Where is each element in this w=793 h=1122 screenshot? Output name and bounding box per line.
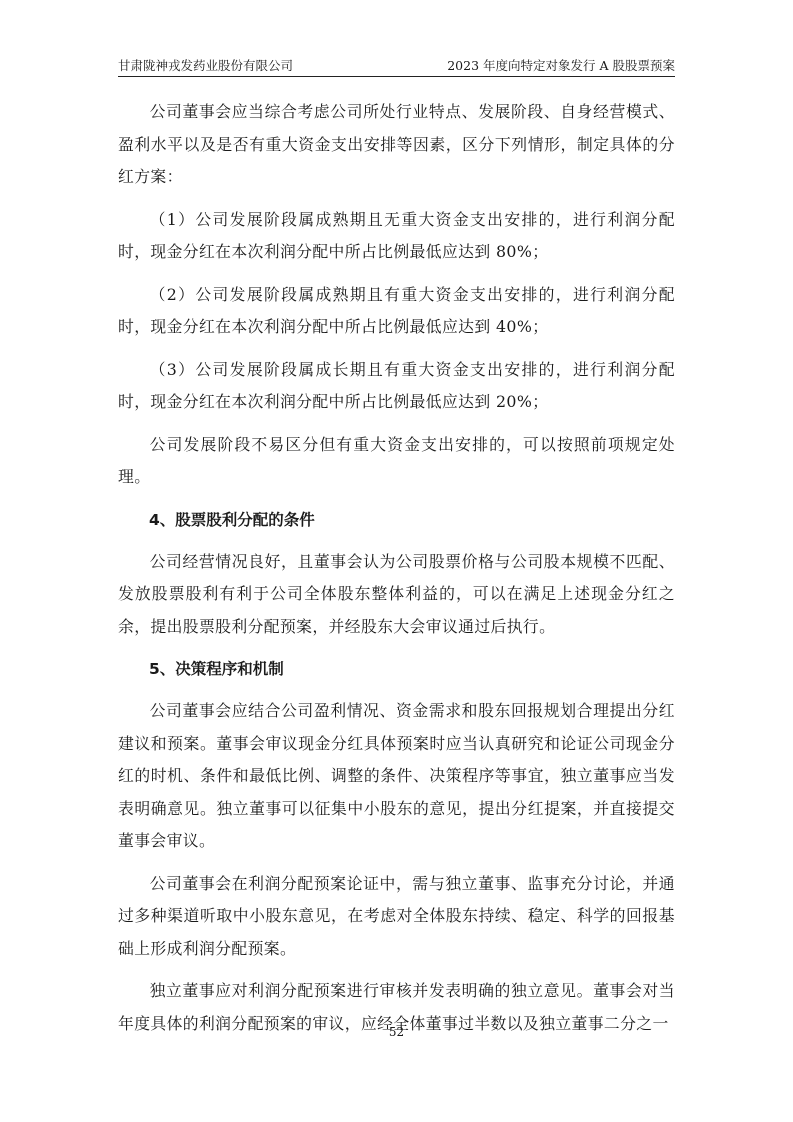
section-4-heading: 4、股票股利分配的条件 — [118, 504, 675, 536]
page-body: 公司董事会应当综合考虑公司所处行业特点、发展阶段、自身经营模式、盈利水平以及是否… — [118, 96, 675, 1050]
section-5-heading: 5、决策程序和机制 — [118, 653, 675, 685]
header-document-title: 2023 年度向特定对象发行 A 股股票预案 — [447, 58, 675, 74]
paragraph-case-3: （3）公司发展阶段属成长期且有重大资金支出安排的，进行利润分配时，现金分红在本次… — [118, 354, 675, 419]
section-4-paragraph: 公司经营情况良好，且董事会认为公司股票价格与公司股本规模不匹配、发放股票股利有利… — [118, 546, 675, 644]
section-5-paragraph-2: 公司董事会在利润分配预案论证中，需与独立董事、监事充分讨论，并通过多种渠道听取中… — [118, 868, 675, 966]
paragraph-case-unclear: 公司发展阶段不易区分但有重大资金支出安排的，可以按照前项规定处理。 — [118, 429, 675, 494]
page-number: 52 — [0, 1025, 793, 1039]
paragraph-case-2: （2）公司发展阶段属成熟期且有重大资金支出安排的，进行利润分配时，现金分红在本次… — [118, 279, 675, 344]
paragraph-dividend-intro: 公司董事会应当综合考虑公司所处行业特点、发展阶段、自身经营模式、盈利水平以及是否… — [118, 96, 675, 194]
paragraph-case-1: （1）公司发展阶段属成熟期且无重大资金支出安排的，进行利润分配时，现金分红在本次… — [118, 204, 675, 269]
section-5-paragraph-1: 公司董事会应结合公司盈利情况、资金需求和股东回报规划合理提出分红建议和预案。董事… — [118, 695, 675, 858]
header-company-name: 甘肃陇神戎发药业股份有限公司 — [118, 58, 293, 74]
page-header: 甘肃陇神戎发药业股份有限公司 2023 年度向特定对象发行 A 股股票预案 — [118, 58, 675, 77]
